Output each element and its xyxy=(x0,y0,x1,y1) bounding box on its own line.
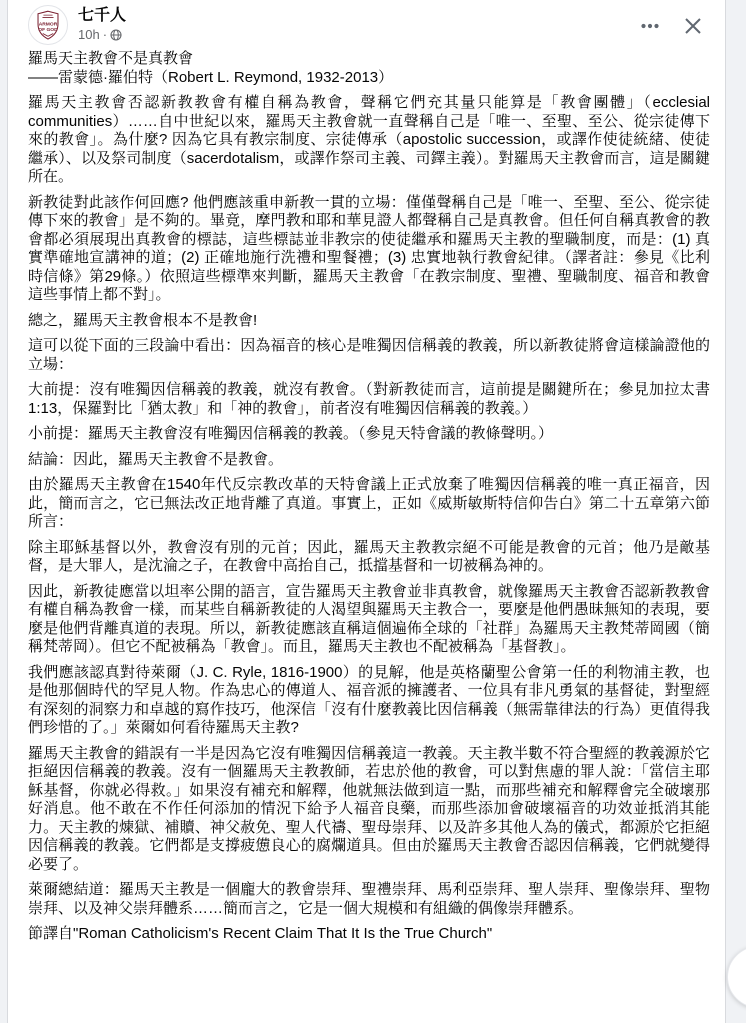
post-paragraph: 大前提：沒有唯獨因信稱義的教義，就沒有教會。（對新教徒而言，這前提是關鍵所在；參… xyxy=(28,381,710,418)
avatar-text-bottom: OF GOD xyxy=(38,27,58,33)
post-meta: 10h · xyxy=(78,27,639,43)
globe-icon xyxy=(110,29,122,41)
post-paragraph: 結論：因此，羅馬天主教會不是教會。 xyxy=(28,451,710,470)
post-paragraph: 由於羅馬天主教會在1540年代反宗教改革的天特會議上正式放棄了唯獨因信稱義的唯一… xyxy=(28,476,710,532)
post-paragraph: 節譯自"Roman Catholicism's Recent Claim Tha… xyxy=(28,925,710,944)
post-paragraph: 羅馬天主教會的錯誤有一半是因為它沒有唯獨因信稱義這一教義。天主教半數不符合聖經的… xyxy=(28,745,710,875)
post-body: 羅馬天主教會不是真教會 ——雷蒙德·羅伯特（Robert L. Reymond,… xyxy=(8,47,725,944)
post-paragraph: 因此，新教徒應當以坦率公開的語言，宣告羅馬天主教會並非真教會，就像羅馬天主教會否… xyxy=(28,583,710,657)
post-paragraph: 這可以從下面的三段論中看出：因為福音的核心是唯獨因信稱義的教義，所以新教徒將會這… xyxy=(28,337,710,374)
close-icon xyxy=(681,14,705,38)
post-header: ARMOR OF GOD 七千人 10h · xyxy=(8,0,725,47)
profile-name[interactable]: 七千人 xyxy=(78,5,639,26)
post-paragraph: 羅馬天主教會否認新教教會有權自稱為教會，聲稱它們充其量只能算是「教會團體」（ec… xyxy=(28,94,710,187)
header-text: 七千人 10h · xyxy=(78,5,639,43)
post-paragraph: 總之，羅馬天主教會根本不是教會! xyxy=(28,312,710,331)
post-paragraph: 小前提：羅馬天主教會沒有唯獨因信稱義的教義。（參見天特會議的教條聲明。） xyxy=(28,425,710,444)
post-paragraph: 我們應該認真對待萊爾（J. C. Ryle, 1816-1900）的見解，他是英… xyxy=(28,664,710,738)
more-options-button[interactable] xyxy=(639,15,661,37)
ellipsis-icon xyxy=(639,15,661,37)
post-card: ARMOR OF GOD 七千人 10h · xyxy=(7,0,726,1023)
post-paragraph: 除主耶穌基督以外，教會沒有別的元首；因此，羅馬天主教教宗絕不可能是教會的元首；他… xyxy=(28,539,710,576)
close-button[interactable] xyxy=(681,14,705,38)
post-title-line1: 羅馬天主教會不是真教會 xyxy=(28,50,710,69)
post-paragraph: 萊爾總結道：羅馬天主教是一個龐大的教會崇拜、聖禮崇拜、馬利亞崇拜、聖人崇拜、聖像… xyxy=(28,881,710,918)
avatar-text-top: ARMOR xyxy=(39,21,58,27)
meta-separator: · xyxy=(103,27,107,43)
timestamp[interactable]: 10h xyxy=(78,27,100,43)
armor-of-god-crest-icon: ARMOR OF GOD xyxy=(29,6,67,44)
post-title-line2: ——雷蒙德·羅伯特（Robert L. Reymond, 1932-2013） xyxy=(28,69,710,88)
floating-scroll-button[interactable] xyxy=(727,946,746,1008)
header-actions xyxy=(639,5,713,38)
post-paragraph: 新教徒對此該作何回應? 他們應該重申新教一貫的立場：僅僅聲稱自己是「唯一、至聖、… xyxy=(28,194,710,305)
avatar[interactable]: ARMOR OF GOD xyxy=(28,5,68,45)
